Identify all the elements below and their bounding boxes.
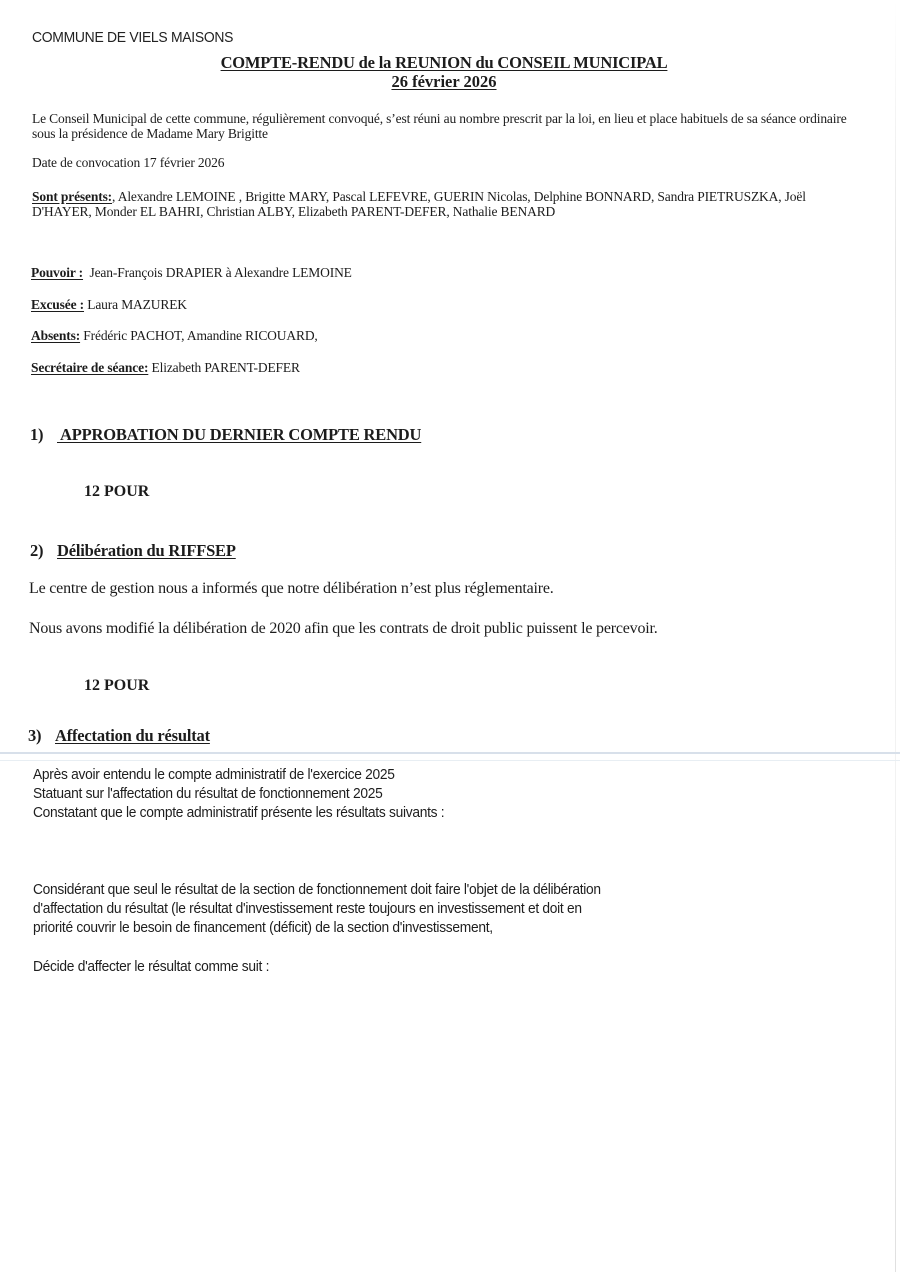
meeting-date: 26 février 2026 [0,72,888,92]
section-title: Affectation du résultat [55,726,210,745]
excusee-label: Excusée : [31,297,84,312]
section-2-heading: 2)Délibération du RIFFSEP [30,541,236,561]
page-divider [0,760,900,761]
section-2-paragraph: Nous avons modifié la délibération de 20… [29,620,658,638]
attendees-present: Sont présents:, Alexandre LEMOINE , Brig… [32,189,867,219]
excused-line: Excusée : Laura MAZUREK [31,297,187,312]
section-title: APPROBATION DU DERNIER COMPTE RENDU [57,425,421,444]
section-number: 3) [28,726,55,746]
scan-edge [895,0,896,1272]
intro-paragraph: Le Conseil Municipal de cette commune, r… [32,111,862,141]
considering-line: d'affectation du résultat (le résultat d… [33,900,601,919]
presents-list: , Alexandre LEMOINE , Brigitte MARY, Pas… [32,189,806,219]
proxy-line: Pouvoir : Jean-François DRAPIER à Alexan… [31,265,352,280]
commune-name: COMMUNE DE VIELS MAISONS [32,30,233,46]
secretaire-label: Secrétaire de séance: [31,360,148,375]
section-3-considering: Considérant que seul le résultat de la s… [33,881,601,938]
preamble-line: Constatant que le compte administratif p… [33,804,444,823]
considering-line: Considérant que seul le résultat de la s… [33,881,601,900]
document-page: COMMUNE DE VIELS MAISONS COMPTE-RENDU de… [0,0,900,1272]
absents-value: Frédéric PACHOT, Amandine RICOUARD, [80,328,318,343]
absents-label: Absents: [31,328,80,343]
preamble-line: Après avoir entendu le compte administra… [33,766,444,785]
convocation-date: Date de convocation 17 février 2026 [32,155,224,170]
page-divider [0,752,900,754]
pouvoir-value: Jean-François DRAPIER à Alexandre LEMOIN… [83,265,352,280]
considering-line: priorité couvrir le besoin de financemen… [33,919,601,938]
section-2-vote: 12 POUR [84,677,149,695]
section-3-decision: Décide d'affecter le résultat comme suit… [33,958,269,977]
pouvoir-label: Pouvoir : [31,265,83,280]
presents-label: Sont présents: [32,189,112,204]
document-title: COMPTE-RENDU de la REUNION du CONSEIL MU… [0,53,888,73]
excusee-value: Laura MAZUREK [84,297,187,312]
section-3-heading: 3)Affectation du résultat [28,726,210,746]
section-2-paragraph: Le centre de gestion nous a informés que… [29,580,554,598]
secretary-line: Secrétaire de séance: Elizabeth PARENT-D… [31,360,300,375]
preamble-line: Statuant sur l'affectation du résultat d… [33,785,444,804]
absent-line: Absents: Frédéric PACHOT, Amandine RICOU… [31,328,318,343]
secretaire-value: Elizabeth PARENT-DEFER [148,360,300,375]
section-title: Délibération du RIFFSEP [57,541,236,560]
section-1-vote: 12 POUR [84,483,149,501]
section-3-preamble: Après avoir entendu le compte administra… [33,766,444,823]
section-1-heading: 1) APPROBATION DU DERNIER COMPTE RENDU [30,425,421,445]
section-number: 2) [30,541,57,561]
section-number: 1) [30,425,57,445]
